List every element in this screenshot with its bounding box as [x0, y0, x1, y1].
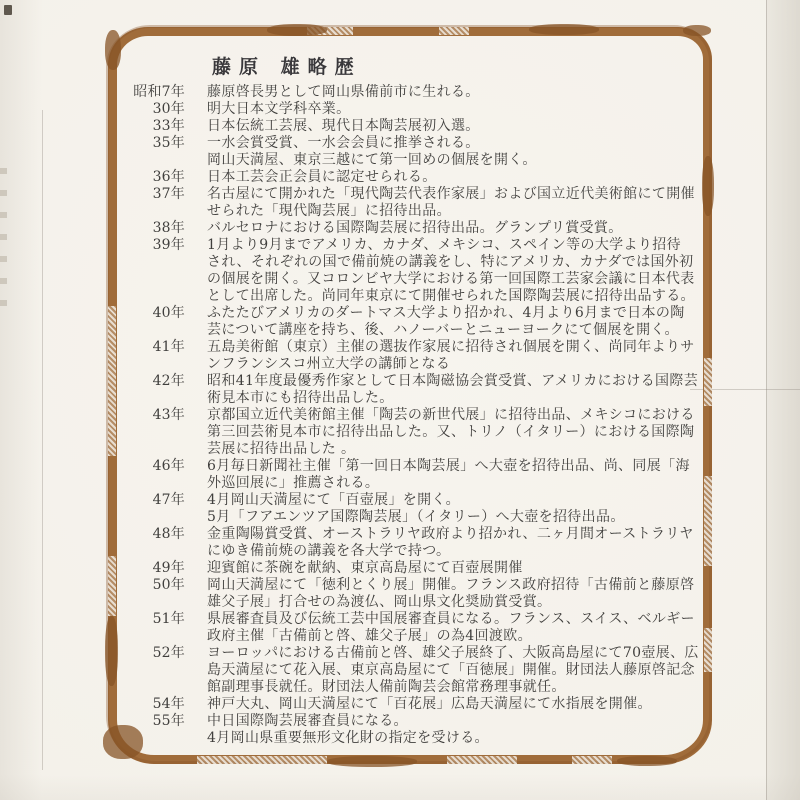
entry-year: 40年: [127, 305, 185, 322]
chronology-entry: 40年ふたたびアメリカのダートマス大学より招かれ、4月より6月まで日本の陶芸につ…: [127, 305, 699, 339]
chronology-entry: 50年岡山天満屋にて「徳利とくり展」開催。フランス政府招待「古備前と藤原啓雄父子…: [127, 577, 699, 611]
entry-lines: 神戸大丸、岡山天満屋にて「百花展」広島天満屋にて水指展を開催。: [207, 696, 652, 713]
entry-line: 昭和41年度最優秀作家として日本陶磁協会賞受賞、アメリカにおける国際芸: [207, 373, 698, 390]
paper-speck: [4, 5, 12, 15]
chronology-entry: 38年バルセロナにおける国際陶芸展に招待出品。グランプリ賞受賞。: [127, 220, 699, 237]
brush-wash-patch: [439, 27, 469, 35]
entry-lines: 藤原啓長男として岡山県備前市に生れる。: [207, 84, 480, 101]
brush-wash-patch: [704, 628, 712, 672]
entry-line: せられた「現代陶芸展」に招待出品。: [207, 203, 695, 220]
entry-lines: 一水会賞受賞、一水会会員に推挙される。岡山天満屋、東京三越にて第一回めの個展を開…: [207, 135, 537, 169]
entry-lines: 4月岡山天満屋にて「百壺展」を開く。5月「フアエンツア国際陶芸展」（イタリー）へ…: [207, 492, 625, 526]
entry-year: 41年: [127, 339, 185, 356]
entry-line: ふたたびアメリカのダートマス大学より招かれ、4月より6月まで日本の陶: [207, 305, 685, 322]
entry-line: 迎賓館に茶碗を献納、東京高島屋にて百壺展開催: [207, 560, 523, 577]
chronology-entry: 49年迎賓館に茶碗を献納、東京高島屋にて百壺展開催: [127, 560, 699, 577]
chronology-entry: 41年五島美術館（東京）主催の選抜作家展に招待され個展を開く、尚同年よりサンフラ…: [127, 339, 699, 373]
brush-ink-blob: [683, 25, 711, 36]
entry-line: 館副理事長就任。財団法人備前陶芸会館常務理事就任。: [207, 679, 699, 696]
entry-line: 金重陶陽賞受賞、オーストラリヤ政府より招かれ、二ヶ月間オーストラリヤ: [207, 526, 694, 543]
brush-ink-blob: [267, 24, 327, 36]
entry-line: 術見本市にも招待出品した。: [207, 390, 698, 407]
entry-line: 京都国立近代美術館主催「陶芸の新世代展」に招待出品、メキシコにおける: [207, 407, 695, 424]
chronology-entry: 55年中日国際陶芸展審査員になる。4月岡山県重要無形文化財の指定を受ける。: [127, 713, 699, 747]
paper-edge-marks: [0, 168, 7, 318]
entry-lines: 1月より9月までアメリカ、カナダ、メキシコ、スペイン等の大学より招待され、それぞ…: [207, 237, 695, 305]
entry-lines: 名古屋にて開かれた「現代陶芸代表作家展」および国立近代美術館にて開催せられた「現…: [207, 186, 695, 220]
chronology-list: 昭和7年藤原啓長男として岡山県備前市に生れる。30年明大日本文学科卒業。33年日…: [127, 84, 699, 747]
chronology-entry: 35年一水会賞受賞、一水会会員に推挙される。岡山天満屋、東京三越にて第一回めの個…: [127, 135, 699, 169]
entry-lines: 6月毎日新聞社主催「第一回日本陶芸展」へ大壺を招待出品、尚、同展「海外巡回展に」…: [207, 458, 690, 492]
entry-line: 雄父子展」打合せの為渡仏、岡山県文化奨励賞受賞。: [207, 594, 694, 611]
entry-line: 4月岡山天満屋にて「百壺展」を開く。: [207, 492, 625, 509]
entry-line: 一水会賞受賞、一水会会員に推挙される。: [207, 135, 537, 152]
brush-wash-patch: [197, 756, 327, 764]
brush-ink-blob: [327, 756, 417, 767]
entry-lines: ヨーロッパにおける古備前と啓、雄父子展終了、大阪高島屋にて70壺展、広島天満屋に…: [207, 645, 699, 696]
entry-year: 36年: [127, 169, 185, 186]
entry-lines: 京都国立近代美術館主催「陶芸の新世代展」に招待出品、メキシコにおける第三回芸術見…: [207, 407, 695, 458]
entry-line: され、それぞれの国で備前焼の講義をし、特にアメリカ、カナダでは国外初: [207, 254, 695, 271]
chronology-entry: 52年ヨーロッパにおける古備前と啓、雄父子展終了、大阪高島屋にて70壺展、広島天…: [127, 645, 699, 696]
entry-line: 1月より9月までアメリカ、カナダ、メキシコ、スペイン等の大学より招待: [207, 237, 695, 254]
entry-year: 35年: [127, 135, 185, 152]
entry-line: 明大日本文学科卒業。: [207, 101, 351, 118]
entry-line: 外巡回展に」推薦される。: [207, 475, 690, 492]
entry-line: バルセロナにおける国際陶芸展に招待出品。グランプリ賞受賞。: [207, 220, 623, 237]
entry-line: として出席した。尚同年東京にて開催せられた国際陶芸展に招待出品する。: [207, 288, 695, 305]
chronology-entry: 51年県展審査員及び伝統工芸中国展審査員になる。フランス、スイス、ベルギー政府主…: [127, 611, 699, 645]
entry-line: 藤原啓長男として岡山県備前市に生れる。: [207, 84, 480, 101]
entry-line: 岡山天満屋にて「徳利とくり展」開催。フランス政府招待「古備前と藤原啓: [207, 577, 694, 594]
brush-wash-patch: [108, 556, 116, 616]
entry-lines: 中日国際陶芸展審査員になる。4月岡山県重要無形文化財の指定を受ける。: [207, 713, 489, 747]
entry-year: 54年: [127, 696, 185, 713]
entry-line: 4月岡山県重要無形文化財の指定を受ける。: [207, 730, 489, 747]
chronology-entry: 37年名古屋にて開かれた「現代陶芸代表作家展」および国立近代美術館にて開催せられ…: [127, 186, 699, 220]
brush-ink-blob: [617, 756, 677, 766]
entry-line: 芸について講座を持ち、後、ハノーバーとニューヨークにて個展を開く。: [207, 322, 685, 339]
entry-line: 岡山天満屋、東京三越にて第一回めの個展を開く。: [207, 152, 537, 169]
entry-line: 県展審査員及び伝統工芸中国展審査員になる。フランス、スイス、ベルギー: [207, 611, 695, 628]
brush-wash-patch: [704, 358, 712, 406]
entry-year: 50年: [127, 577, 185, 594]
entry-year: 39年: [127, 237, 185, 254]
entry-lines: 昭和41年度最優秀作家として日本陶磁協会賞受賞、アメリカにおける国際芸術見本市に…: [207, 373, 698, 407]
entry-year: 30年: [127, 101, 185, 118]
entry-year: 55年: [127, 713, 185, 730]
entry-lines: ふたたびアメリカのダートマス大学より招かれ、4月より6月まで日本の陶芸について講…: [207, 305, 685, 339]
brush-wash-patch: [572, 756, 612, 764]
entry-year: 51年: [127, 611, 185, 628]
paper-crease-left: [42, 110, 43, 770]
entry-line: 名古屋にて開かれた「現代陶芸代表作家展」および国立近代美術館にて開催: [207, 186, 695, 203]
entry-line: ヨーロッパにおける古備前と啓、雄父子展終了、大阪高島屋にて70壺展、広: [207, 645, 699, 662]
entry-year: 38年: [127, 220, 185, 237]
entry-year: 43年: [127, 407, 185, 424]
entry-line: の個展を開く。又コロンビヤ大学における第一回国際工芸家会議に日本代表: [207, 271, 695, 288]
entry-year: 49年: [127, 560, 185, 577]
entry-year: 昭和7年: [127, 84, 185, 101]
entry-lines: 迎賓館に茶碗を献納、東京高島屋にて百壺展開催: [207, 560, 523, 577]
entry-year: 48年: [127, 526, 185, 543]
chronology-entry: 36年日本工芸会正会員に認定せられる。: [127, 169, 699, 186]
entry-line: 神戸大丸、岡山天満屋にて「百花展」広島天満屋にて水指展を開催。: [207, 696, 652, 713]
entry-year: 52年: [127, 645, 185, 662]
chronology-entry: 39年1月より9月までアメリカ、カナダ、メキシコ、スペイン等の大学より招待され、…: [127, 237, 699, 305]
entry-line: 6月毎日新聞社主催「第一回日本陶芸展」へ大壺を招待出品、尚、同展「海: [207, 458, 690, 475]
brush-ink-blob: [105, 616, 118, 686]
brush-wash-patch: [108, 306, 116, 456]
entry-lines: 金重陶陽賞受賞、オーストラリヤ政府より招かれ、二ヶ月間オーストラリヤにゆき備前焼…: [207, 526, 694, 560]
entry-lines: 岡山天満屋にて「徳利とくり展」開催。フランス政府招待「古備前と藤原啓雄父子展」打…: [207, 577, 694, 611]
entry-lines: バルセロナにおける国際陶芸展に招待出品。グランプリ賞受賞。: [207, 220, 623, 237]
entry-line: 中日国際陶芸展審査員になる。: [207, 713, 489, 730]
entry-year: 37年: [127, 186, 185, 203]
chronology-entry: 48年金重陶陽賞受賞、オーストラリヤ政府より招かれ、二ヶ月間オーストラリヤにゆき…: [127, 526, 699, 560]
brush-wash-patch: [307, 27, 353, 35]
entry-year: 46年: [127, 458, 185, 475]
entry-line: 島天満屋にて花入展、東京高島屋にて「百徳展」開催。財団法人藤原啓記念: [207, 662, 699, 679]
entry-line: 芸展に招待出品した 。: [207, 441, 695, 458]
entry-lines: 明大日本文学科卒業。: [207, 101, 351, 118]
entry-lines: 五島美術館（東京）主催の選抜作家展に招待され個展を開く、尚同年よりサンフランシス…: [207, 339, 695, 373]
entry-year: 47年: [127, 492, 185, 509]
chronology-entry: 46年6月毎日新聞社主催「第一回日本陶芸展」へ大壺を招待出品、尚、同展「海外巡回…: [127, 458, 699, 492]
entry-line: 第三回芸術見本市に招待出品した。又、トリノ（イタリー）における国際陶: [207, 424, 695, 441]
entry-year: 42年: [127, 373, 185, 390]
chronology-entry: 47年4月岡山天満屋にて「百壺展」を開く。5月「フアエンツア国際陶芸展」（イタリ…: [127, 492, 699, 526]
chronology-entry: 43年京都国立近代美術館主催「陶芸の新世代展」に招待出品、メキシコにおける第三回…: [127, 407, 699, 458]
chronology-entry: 昭和7年藤原啓長男として岡山県備前市に生れる。: [127, 84, 699, 101]
chronology-entry: 33年日本伝統工芸展、現代日本陶芸展初入選。: [127, 118, 699, 135]
chronology-entry: 30年明大日本文学科卒業。: [127, 101, 699, 118]
entry-lines: 県展審査員及び伝統工芸中国展審査員になる。フランス、スイス、ベルギー政府主催「古…: [207, 611, 695, 645]
brush-wash-patch: [704, 476, 712, 566]
entry-line: 5月「フアエンツア国際陶芸展」（イタリー）へ大壺を招待出品。: [207, 509, 625, 526]
chronology-entry: 42年昭和41年度最優秀作家として日本陶磁協会賞受賞、アメリカにおける国際芸術見…: [127, 373, 699, 407]
entry-lines: 日本伝統工芸展、現代日本陶芸展初入選。: [207, 118, 480, 135]
entry-year: 33年: [127, 118, 185, 135]
entry-line: ンフランシスコ州立大学の講師となる: [207, 356, 695, 373]
brush-ink-blob: [529, 24, 599, 35]
chronology-entry: 54年神戸大丸、岡山天満屋にて「百花展」広島天満屋にて水指展を開催。: [127, 696, 699, 713]
brush-ink-blob: [105, 30, 121, 70]
entry-line: にゆき備前焼の講義を各大学で持つ。: [207, 543, 694, 560]
entry-lines: 日本工芸会正会員に認定せられる。: [207, 169, 437, 186]
entry-line: 五島美術館（東京）主催の選抜作家展に招待され個展を開く、尚同年よりサ: [207, 339, 695, 356]
entry-line: 日本伝統工芸展、現代日本陶芸展初入選。: [207, 118, 480, 135]
entry-line: 日本工芸会正会員に認定せられる。: [207, 169, 437, 186]
entry-line: 政府主催「古備前と啓、雄父子展」の為4回渡欧。: [207, 628, 695, 645]
brush-ink-blob: [702, 156, 714, 216]
paper-edge-shading: [767, 0, 800, 800]
page-title: 藤原 雄略歴: [212, 52, 362, 79]
brush-wash-patch: [447, 756, 517, 764]
scanned-document-page: 藤原 雄略歴 昭和7年藤原啓長男として岡山県備前市に生れる。30年明大日本文学科…: [0, 0, 800, 800]
